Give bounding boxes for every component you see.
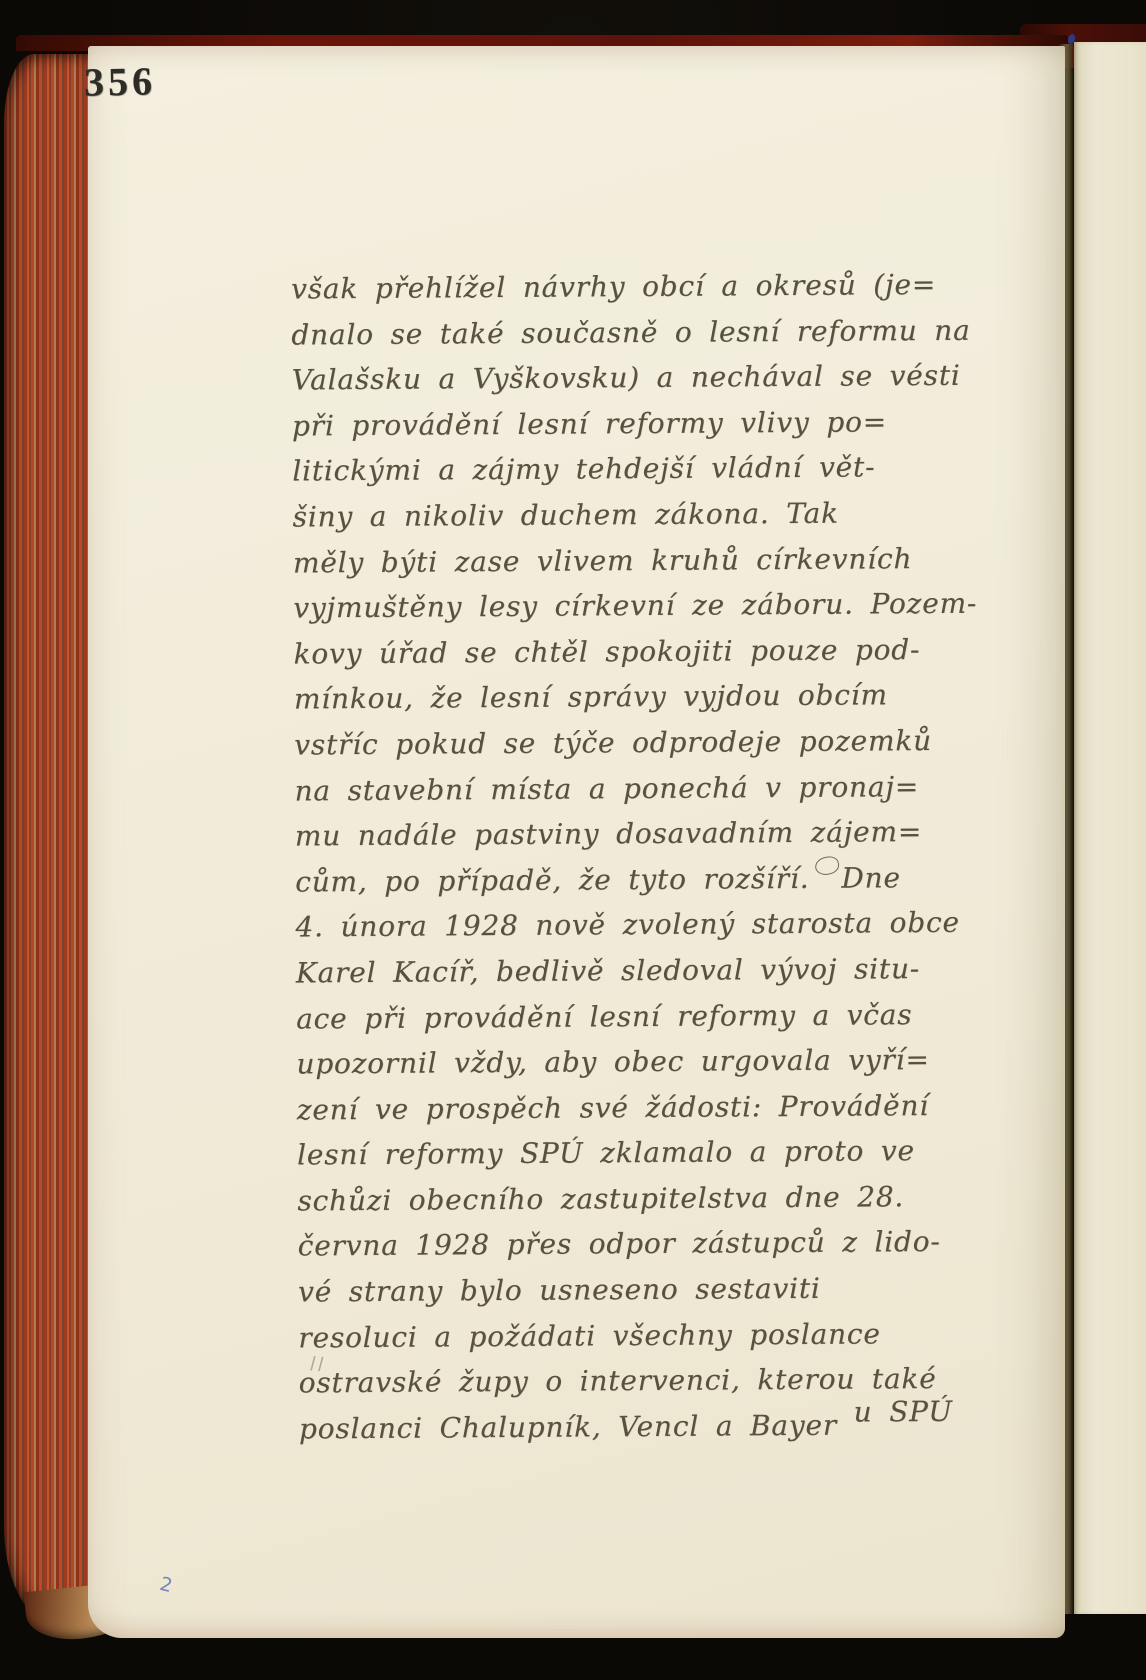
handwriting-line: mínkou, že lesní správy vyjdou obcím: [294, 672, 994, 722]
handwriting-line: však přehlížel návrhy obcí a okresů (je=: [291, 262, 991, 312]
handwriting-line: vé strany bylo usneseno sestaviti: [298, 1265, 998, 1315]
handwriting-line: zení ve prospěch své žádosti: Provádění: [297, 1082, 997, 1132]
handwriting-line: června 1928 přes odpor zástupců z lido-: [298, 1219, 998, 1269]
handwriting-line: vyjmuštěny lesy církevní ze záboru. Poze…: [293, 581, 993, 631]
handwriting-line: měly býti zase vlivem kruhů církevních: [293, 535, 993, 585]
handwriting-line: litickými a zájmy tehdejší vládní vět-: [292, 444, 992, 494]
handwriting-line: upozornil vždy, aby obec urgovala vyří=: [296, 1037, 996, 1087]
handwriting-line: kovy úřad se chtěl spokojiti pouze pod-: [293, 626, 993, 676]
handwriting-line: šiny a nikoliv duchem zákona. Tak: [292, 490, 992, 540]
handwriting-line: při provádění lesní reformy vlivy po=: [292, 398, 992, 448]
handwriting-line: mu nadále pastviny dosavadním zájem=: [295, 809, 995, 859]
handwritten-text-block: však přehlížel návrhy obcí a okresů (je=…: [291, 262, 999, 1452]
faint-pen-strokes: ǀǀ: [309, 1351, 326, 1376]
handwriting-line: poslanci Chalupník, Vencl a Bayer u SPÚ: [299, 1401, 999, 1451]
handwriting-line: 4. února 1928 nově zvolený starosta obce: [295, 900, 995, 950]
red-fore-edge-stack: [4, 54, 98, 1620]
handwriting-line: vstříc pokud se týče odprodeje pozemků: [294, 717, 994, 767]
next-page-sliver: [1074, 42, 1146, 1614]
handwriting-line: dnalo se také současně o lesní reformu n…: [291, 307, 991, 357]
handwriting-line: na stavební místa a ponechá v pronaj=: [294, 763, 994, 813]
handwriting-line: schůzi obecního zastupitelstva dne 28.: [297, 1173, 997, 1223]
handwriting-line: lesní reformy SPÚ zklamalo a proto ve: [297, 1128, 997, 1178]
handwriting-line: cům, po případě, že tyto rozšíří.Dne: [295, 854, 995, 904]
chronicle-page: 356 však přehlížel návrhy obcí a okresů …: [88, 46, 1065, 1638]
page-number: 356: [84, 57, 157, 105]
book-scan: 356 však přehlížel návrhy obcí a okresů …: [0, 0, 1146, 1680]
circled-correction-mark: [814, 855, 840, 876]
handwriting-line: Valašsku a Vyškovsku) a nechával se vést…: [292, 353, 992, 403]
handwriting-line: resoluci a požádati všechny poslance: [298, 1310, 998, 1360]
blue-pencil-mark: 2: [158, 1573, 175, 1597]
raised-text: u SPÚ: [853, 1395, 952, 1429]
handwriting-line: ace při provádění lesní reformy a včas: [296, 991, 996, 1041]
handwriting-line: Karel Kacíř, bedlivě sledoval vývoj situ…: [296, 945, 996, 995]
